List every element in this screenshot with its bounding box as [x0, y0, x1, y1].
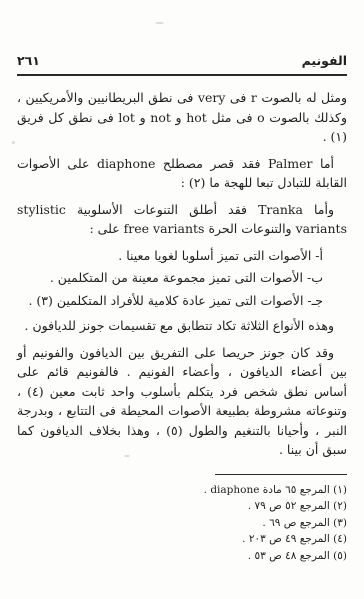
- list-item-j: جـ- الأصوات التى تميز عادة كلامية للأفرا…: [17, 291, 347, 311]
- page-number: ٢٦١: [17, 52, 40, 70]
- footnote-separator-rule: [215, 474, 347, 475]
- paragraph-palmer-diaphone: أما Palmer فقد قصر مصطلح diaphone على ال…: [17, 154, 347, 193]
- page-body: ومثل له بالصوت r فى very فى نطق البريطان…: [17, 88, 347, 460]
- variants-list: أ- الأصوات التى تميز أسلوبا لغويا معينا …: [17, 246, 347, 311]
- running-header: الفونيم ٢٦١: [17, 52, 347, 76]
- list-item-a: أ- الأصوات التى تميز أسلوبا لغويا معينا …: [17, 246, 347, 266]
- paragraph-three-types: وهذه الأنواع الثلاثة تكاد تتطابق مع تقسي…: [17, 316, 347, 336]
- footnote-3: (٣) المرجع ص ٦٩ .: [17, 515, 347, 532]
- footnote-2: (٢) المرجع ٥٢ ص ٧٩ .: [17, 498, 347, 515]
- scanned-book-page: الفونيم ٢٦١ ومثل له بالصوت r فى very فى …: [0, 0, 364, 599]
- paragraph-jones-distinction: وقد كان جونز حريصا على التفريق بين الديا…: [17, 343, 347, 460]
- footnote-4: (٤) المرجع ٤٩ ص ٢٠٣ .: [17, 531, 347, 548]
- footnote-5: (٥) المرجع ٤٨ ص ٥٣ .: [17, 548, 347, 565]
- running-title: الفونيم: [302, 52, 347, 70]
- footnote-1: (١) المرجع ٦٥ مادة diaphone .: [17, 482, 347, 499]
- footnotes-section: (١) المرجع ٦٥ مادة diaphone . (٢) المرجع…: [17, 474, 347, 565]
- scan-noise: [12, 141, 15, 144]
- list-item-b: ب- الأصوات التى تميز مجموعة معينة من الم…: [17, 268, 347, 288]
- scan-noise: [124, 455, 130, 457]
- scan-noise: [155, 22, 164, 24]
- paragraph-sound-examples: ومثل له بالصوت r فى very فى نطق البريطان…: [17, 88, 347, 147]
- paragraph-trnka-variants: وأما Tranka فقد أطلق التنوعات الأسلوبية …: [17, 200, 347, 239]
